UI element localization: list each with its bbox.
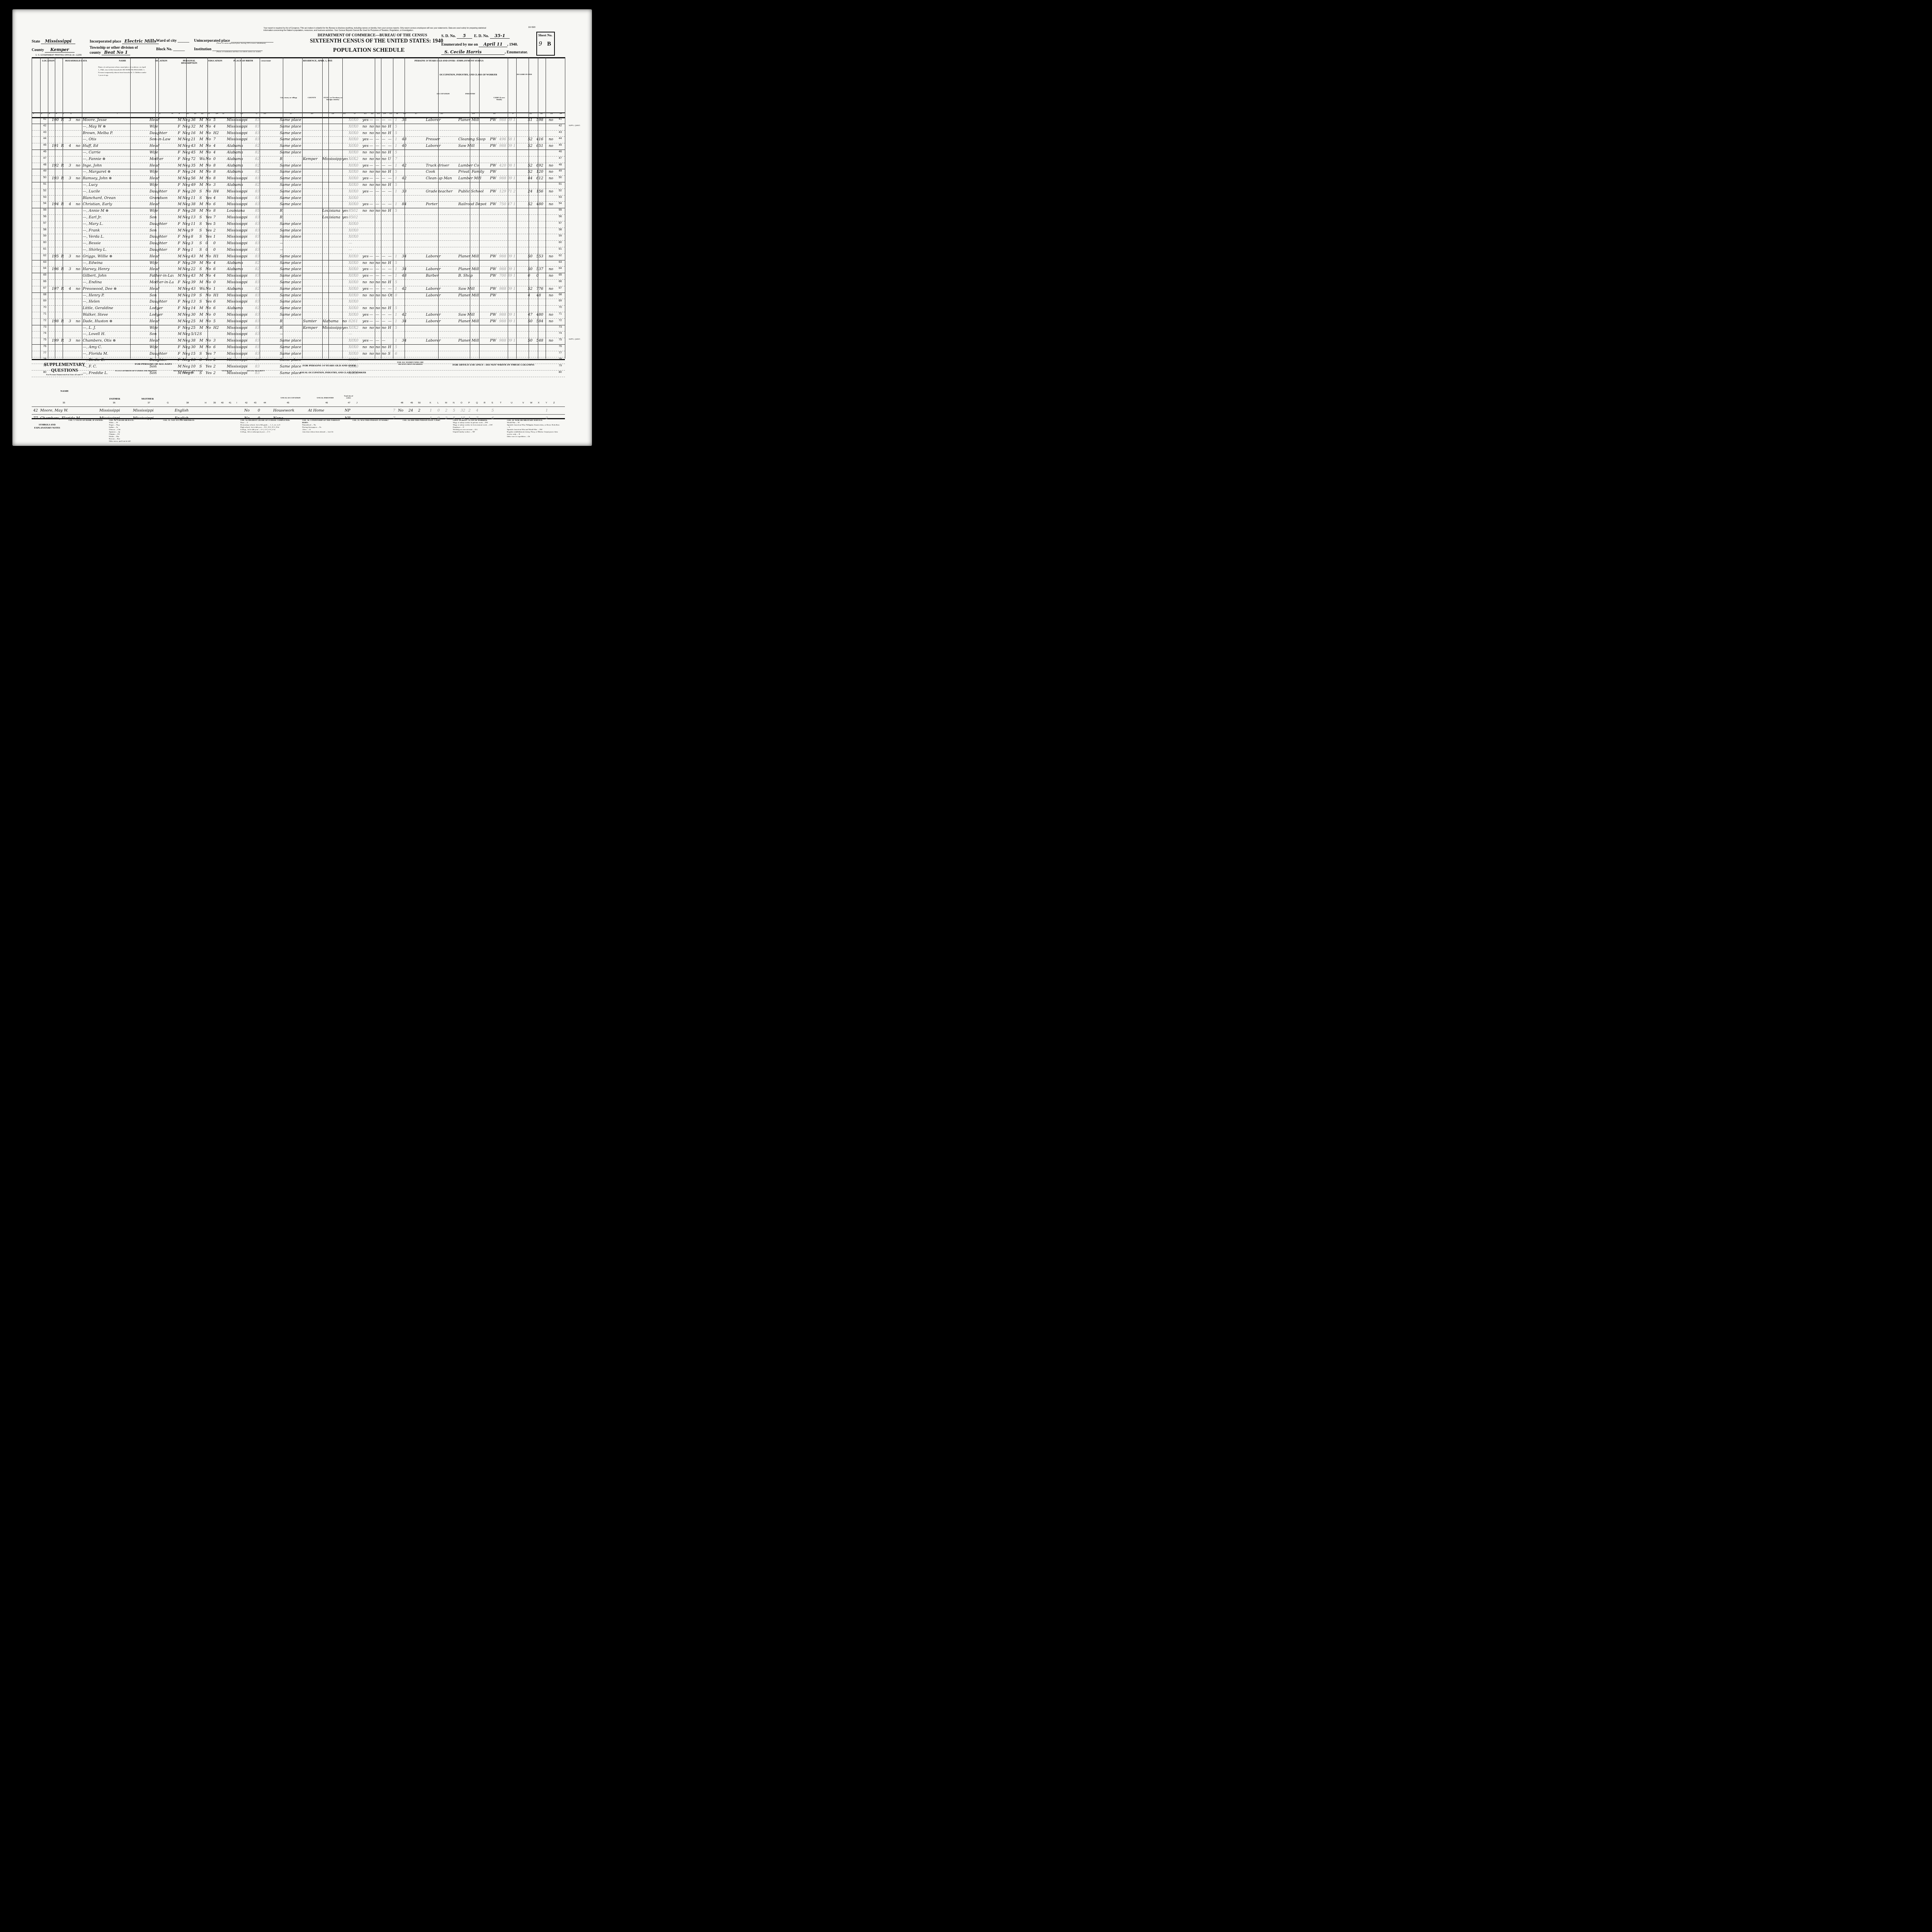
sex: F	[178, 235, 182, 239]
column-number: F	[512, 112, 514, 115]
supp-column-number: K	[430, 402, 431, 404]
column-number: 24	[383, 112, 386, 115]
column-number: 15	[240, 112, 243, 115]
grade-completed: 7	[213, 215, 221, 219]
grid-line	[546, 57, 546, 359]
line-number: 67	[43, 287, 46, 289]
age: 11	[191, 196, 199, 200]
hours-worked: 34	[402, 267, 410, 271]
other-income: no	[549, 189, 556, 194]
relation: Head	[150, 338, 173, 343]
other-income: no	[549, 137, 556, 141]
table-row: 6666—, EndinaMother-in-LawFNeg39MNo0Miss…	[32, 280, 565, 286]
group-relation: RELATION	[150, 60, 173, 62]
line-number: 47	[43, 157, 46, 160]
supp-column-number: R	[484, 402, 485, 404]
residence-place: Same place	[280, 345, 303, 349]
race: Neg	[182, 144, 191, 148]
line-number-right: 73	[559, 326, 562, 328]
supp-office-code: 2	[445, 408, 447, 413]
line-number: 76	[43, 345, 46, 348]
at-work: yes	[362, 144, 369, 148]
col19-header: STATE or Territory or foreign country	[322, 97, 344, 101]
at-work: no	[362, 209, 369, 213]
table-row: 4747—, Fannie ⊗MotherFNeg72WdNo0Alabama8…	[32, 156, 565, 163]
marital-status: Wd	[199, 157, 205, 161]
birthplace: Alabama	[227, 150, 254, 155]
table-row: 6565Gilbert, JohnFather-in-LawMNeg43MNo4…	[32, 273, 565, 280]
farm-residence: no	[76, 144, 82, 148]
note-col41: COL. 41. WAR OR MILITARY SERVICE:World W…	[507, 420, 561, 438]
school-attendance: No	[206, 338, 213, 343]
grade-completed: 0	[213, 248, 221, 252]
grid-line	[241, 57, 241, 359]
home-value: 4	[69, 287, 74, 291]
school-attendance: No	[206, 261, 213, 265]
line-number-right: 63	[559, 261, 562, 264]
occupation-code: 750 47 1	[499, 202, 526, 206]
line-number-right: 55	[559, 209, 562, 211]
at-work: yes	[362, 319, 369, 323]
home-owned: R	[61, 144, 66, 148]
home-owned: R	[61, 163, 66, 168]
confidentiality-notice: Your report is required by Act of Congre…	[264, 27, 488, 32]
supp-mother-header: MOTHER	[132, 397, 163, 400]
relation: Daughter	[150, 352, 173, 356]
residence-place: R	[280, 209, 303, 213]
has-job: —	[382, 313, 388, 317]
marital-status: S	[199, 196, 205, 200]
relation: Son-in-Law	[150, 137, 173, 141]
has-job: no	[382, 209, 388, 213]
supp-column-number: 38	[186, 402, 189, 404]
has-job: no	[382, 131, 388, 135]
relation: Wife	[150, 183, 173, 187]
other-income: no	[549, 267, 556, 271]
sex: M	[178, 274, 182, 278]
supp-column-number: 40	[221, 402, 224, 404]
line-number: 50	[43, 176, 46, 179]
grade-completed: 8	[213, 170, 221, 174]
person-name: Little, Geraldine	[83, 306, 148, 310]
line-number-right: 57	[559, 222, 562, 224]
supp-veterans: VETERANS	[213, 370, 240, 372]
supp-column-number: 43	[254, 402, 257, 404]
residence-code: X0X0	[349, 131, 361, 135]
birthplace: Mississippi	[227, 338, 254, 343]
weeks-worked: 52	[528, 137, 536, 141]
home-value: 3	[69, 254, 74, 259]
has-job: —	[382, 118, 388, 122]
school-attendance: No	[206, 137, 213, 141]
column-number: 6	[70, 112, 71, 115]
township-field: Township or other division of county Bea…	[90, 46, 144, 55]
sex: F	[178, 241, 182, 245]
birthplace: Mississippi	[227, 299, 254, 304]
race: Neg	[182, 293, 191, 298]
other-income: no	[549, 144, 556, 148]
birthplace: Mississippi	[227, 254, 254, 259]
residence-place: Same place	[280, 202, 303, 206]
schedule-title: POPULATION SCHEDULE	[333, 47, 405, 54]
marital-status: S	[199, 215, 205, 219]
has-job: —	[382, 267, 388, 271]
sex: F	[178, 222, 182, 226]
home-value: 4	[69, 144, 74, 148]
grid-line	[48, 57, 48, 359]
residence-code: 8261	[349, 319, 361, 323]
birthplace: Mississippi	[227, 222, 254, 226]
column-number: 19	[332, 112, 334, 115]
at-work: no	[362, 157, 369, 161]
birthplace: Mississippi	[227, 241, 254, 245]
age: 19	[191, 293, 199, 298]
sheet-number-box: Sheet No. 9 B	[536, 32, 555, 56]
supp-column-number: T	[500, 402, 502, 404]
grade-completed: 6	[213, 202, 221, 206]
column-number: 33	[550, 112, 553, 115]
residence-place: Same place	[280, 131, 303, 135]
relation: Head	[150, 144, 173, 148]
residence-code: X0X0	[349, 345, 361, 349]
occupation: Presser	[426, 137, 457, 141]
table-row: 5555—, Annie M ⊗WifeFNeg28MNo8Louisiana8…	[32, 208, 565, 215]
occupation-code: 496 58 1	[499, 137, 526, 141]
residence-code: —	[349, 248, 361, 252]
residence-code: X0X0	[349, 338, 361, 343]
birthplace: Mississippi	[227, 215, 254, 219]
school-attendance: No	[206, 202, 213, 206]
birthplace: Mississippi	[227, 235, 254, 239]
person-name: —, Carrie	[83, 150, 148, 155]
race: Neg	[182, 131, 191, 135]
at-work: no	[362, 170, 369, 174]
school-attendance: No	[206, 293, 213, 298]
birthplace: Mississippi	[227, 189, 254, 194]
race: Neg	[182, 313, 191, 317]
grade-completed: 8	[213, 209, 221, 213]
race: Neg	[182, 170, 191, 174]
class-of-worker: PW	[490, 176, 498, 180]
colF-header: CODE (Leave blank)	[492, 97, 507, 101]
birthplace: Mississippi	[227, 124, 254, 129]
birthplace: Mississippi	[227, 118, 254, 122]
grid-line	[55, 57, 55, 359]
column-number: 27	[415, 112, 418, 115]
grade-completed: 7	[213, 352, 221, 356]
column-number: A	[172, 112, 173, 115]
code-e: 1	[395, 313, 399, 317]
supp-over14: FOR PERSONS 14 YEARS OLD AND OVER	[271, 364, 387, 367]
birthplace: Mississippi	[227, 332, 254, 336]
weeks-worked: 52	[528, 202, 536, 206]
table-row: 5454194R4noChristian, EarlyHeadMNeg38MNo…	[32, 202, 565, 208]
has-job: —	[382, 189, 388, 194]
residence-code: X0X0	[349, 163, 361, 168]
has-job: —	[382, 163, 388, 168]
dwelling-number: 197	[52, 287, 60, 291]
age: 21	[191, 137, 199, 141]
relation: Wife	[150, 326, 173, 330]
residence-state: Mississippi	[322, 326, 342, 330]
class-of-worker: PW	[490, 338, 498, 343]
marital-status: M	[199, 131, 205, 135]
grid-line	[322, 57, 323, 359]
line-number-right: 43	[559, 131, 562, 134]
table-row: 7676—, Amy C.WifeFNeg30MNo6Mississippi83…	[32, 345, 565, 351]
supp-usual-industry: At Home	[308, 408, 343, 413]
residence-place: Same place	[280, 170, 303, 174]
industry: Saw Mill	[458, 287, 489, 291]
code-e: 5	[395, 345, 399, 349]
age: 14	[191, 306, 199, 310]
relation: Daughter	[150, 189, 173, 194]
column-number: 21	[364, 112, 367, 115]
class-of-worker: PW	[490, 118, 498, 122]
relation: Daughter	[150, 131, 173, 135]
occupation: Laborer	[426, 118, 457, 122]
home-owned: R	[61, 338, 66, 343]
weeks-worked: 50	[528, 254, 536, 259]
sex: F	[178, 345, 182, 349]
at-work: yes	[362, 274, 369, 278]
column-number: 14	[216, 112, 218, 115]
age: 20	[191, 189, 199, 194]
note-col16: COL. 16. CITIZENSHIP OF THE FOREIGN BORN…	[302, 420, 345, 434]
group-citizenship: CITIZENSHIP	[260, 60, 271, 62]
has-job: no	[382, 293, 388, 298]
table-row: 5656—, Earl Jr.SonMNeg13SYes7Mississippi…	[32, 215, 565, 221]
person-name: —, Shirley L.	[83, 248, 148, 252]
code-e: 5	[395, 209, 399, 213]
industry: Saw Mill	[458, 144, 489, 148]
age: 39	[191, 280, 199, 284]
supp-code: 7	[393, 408, 397, 413]
grade-completed: 4	[213, 261, 221, 265]
explanatory-notes: SYMBOLS AND EXPLANATORY NOTES COL. 5. VA…	[32, 419, 565, 444]
grid-line	[82, 57, 82, 359]
relation: Mother	[150, 157, 173, 161]
supp-column-number: 47	[348, 402, 350, 404]
grid-line	[393, 57, 393, 359]
line-number-right: 65	[559, 274, 562, 276]
occupation: Laborer	[426, 313, 457, 317]
supp-children-born: 2	[418, 408, 426, 413]
person-name: Inge, John	[83, 163, 148, 168]
other-income: no	[549, 176, 556, 180]
form-number: 16-520	[528, 26, 536, 29]
person-name: —, Helen	[83, 299, 148, 304]
relation: Head	[150, 176, 173, 180]
sex: F	[178, 326, 182, 330]
race: Neg	[182, 124, 191, 129]
hours-worked: 34	[402, 254, 410, 259]
code-e: 5	[395, 150, 399, 155]
dwelling-number: 195	[52, 254, 60, 259]
sex: M	[178, 196, 182, 200]
race: Neg	[182, 254, 191, 259]
relation: Head	[150, 287, 173, 291]
school-attendance: No	[206, 144, 213, 148]
line-number: 54	[43, 202, 46, 205]
person-name: —, L. J.	[83, 326, 148, 330]
industry: Public School	[458, 189, 489, 194]
relation: Wife	[150, 345, 173, 349]
supp-column-number: Q	[476, 402, 478, 404]
sex: F	[178, 306, 182, 310]
code-e: 5	[395, 183, 399, 187]
occupation: Truck driver	[426, 163, 457, 168]
column-number: 9	[179, 112, 180, 115]
line-number-right: 54	[559, 202, 562, 205]
industry: Planer Mill	[458, 319, 489, 323]
hours-worked: 34	[402, 319, 410, 323]
marital-status: M	[199, 326, 205, 330]
class-of-worker: PW	[490, 274, 498, 278]
line-number: 41	[43, 118, 46, 121]
table-row: 6464196R3noHarvey, HenryHeadMNeg22SNo6Al…	[32, 267, 565, 273]
has-job: —	[382, 202, 388, 206]
industry: Planer Mill	[458, 338, 489, 343]
residence-place: Same place	[280, 124, 303, 129]
occupation: Laborer	[426, 267, 457, 271]
sd-field: S. D. No. 5 E. D. No. 35-1	[441, 33, 510, 38]
birthplace: Mississippi	[227, 326, 254, 330]
marital-status: M	[199, 183, 205, 187]
race: Neg	[182, 183, 191, 187]
sex: F	[178, 299, 182, 304]
home-owned: R	[61, 202, 66, 206]
at-work: no	[362, 183, 369, 187]
column-number: 25	[389, 112, 392, 115]
county-value: Kemper	[45, 47, 74, 53]
supp-line-number: 42	[33, 408, 41, 413]
group-residence: RESIDENCE, APRIL 1, 1935	[279, 60, 356, 62]
age: 28	[191, 209, 199, 213]
township-value: Beat No 1	[102, 50, 130, 55]
supp-ss-deductions: 0	[258, 408, 265, 413]
age: 13	[191, 215, 199, 219]
column-number: 18	[311, 112, 313, 115]
occupation-code: 988 09 1	[499, 287, 526, 291]
column-number: 22	[371, 112, 374, 115]
table-row: 6161—, Shirley L.DaughterFNeg1S00Mississ…	[32, 247, 565, 254]
supp-social-security: No	[244, 408, 252, 413]
hours-worked: 48	[402, 274, 410, 278]
column-number: 2	[41, 112, 42, 115]
column-number: 29	[472, 112, 475, 115]
group-income: INCOME IN 1939	[515, 74, 534, 76]
supp-column-number: I	[236, 402, 237, 404]
line-number-right: 75	[559, 338, 562, 341]
group-employment: PERSONS 14 YEARS OLD AND OVER—EMPLOYMENT…	[368, 60, 530, 62]
marital-status: S	[199, 299, 205, 304]
residence-farm: yes	[342, 326, 348, 330]
code-e: 6	[395, 352, 399, 356]
line-number: 71	[43, 313, 46, 315]
grid-line	[207, 57, 208, 359]
supp-office-code: 4	[476, 408, 478, 413]
column-number: 17	[290, 112, 293, 115]
school-attendance: No	[206, 326, 213, 330]
grade-completed: 0	[213, 313, 221, 317]
sex: M	[178, 202, 182, 206]
column-number: 12	[201, 112, 204, 115]
residence-code: X0X0	[349, 118, 361, 122]
relation: Daughter	[150, 299, 173, 304]
has-job: no	[382, 261, 388, 265]
supp-office-code: 5	[492, 408, 494, 413]
has-job: —	[382, 176, 388, 180]
table-row: 7777—, Florida M.DaughterFNeg15SYes7Miss…	[32, 351, 565, 358]
age: 3	[191, 241, 199, 245]
relation: Daughter	[150, 235, 173, 239]
grid-line	[260, 57, 260, 359]
line-number-right: 70	[559, 306, 562, 309]
line-number-right: 49	[559, 170, 562, 172]
line-number-right: 53	[559, 196, 562, 199]
school-attendance: No	[206, 157, 213, 161]
line-number: 60	[43, 241, 46, 244]
residence-place: Same place	[280, 189, 303, 194]
residence-code: X0X0	[349, 274, 361, 278]
grade-completed: 0	[213, 280, 221, 284]
relation: Son	[150, 228, 173, 233]
table-row: 6969—, HelenDaughterFNeg13SYes6Mississip…	[32, 299, 565, 306]
supp-column-number: 35	[63, 402, 65, 404]
school-attendance: 0	[206, 248, 213, 252]
grid-line	[381, 57, 381, 359]
school-attendance: No	[206, 313, 213, 317]
birthplace: Alabama	[227, 163, 254, 168]
table-row: 4646—, CarrieWifeFNeg45MNo4Alabama82Same…	[32, 150, 565, 156]
occupation-code: 129 71 2	[499, 189, 526, 194]
supp-column-number: 39	[213, 402, 216, 404]
grade-completed: H2	[213, 326, 221, 330]
grid-line	[130, 57, 131, 359]
grid-line	[63, 57, 63, 359]
line-number-right: 60	[559, 241, 562, 244]
line-number-right: 76	[559, 345, 562, 348]
weeks-worked: 52	[528, 163, 536, 168]
sheet-header: Your report is required by Act of Congre…	[12, 9, 592, 60]
weeks-worked: 4	[528, 293, 536, 298]
residence-place: —	[280, 248, 303, 252]
person-name: —, Amy C.	[83, 345, 148, 349]
other-income: no	[549, 319, 556, 323]
relation: Daughter	[150, 222, 173, 226]
residence-place: Same place	[280, 352, 303, 356]
grade-completed: 2	[213, 228, 221, 233]
age: 45	[191, 150, 199, 155]
sex: F	[178, 248, 182, 252]
birthplace: Mississippi	[227, 176, 254, 180]
person-name: Gilbert, John	[83, 274, 148, 278]
has-job: no	[382, 124, 388, 129]
birthplace: Mississippi	[227, 131, 254, 135]
at-work: no	[362, 293, 369, 298]
supp-subtitle: For Persons Enumerated on Lines 42 and 7…	[36, 374, 94, 376]
hours-worked: 42	[402, 163, 410, 168]
industry: Lumber Co	[458, 163, 489, 168]
column-number: 1	[33, 112, 34, 115]
relation: Daughter	[150, 241, 173, 245]
line-number-right: 44	[559, 137, 562, 140]
grade-completed: 6	[213, 306, 221, 310]
marital-status: M	[199, 209, 205, 213]
relation: Mother-in-Law	[150, 280, 173, 284]
line-number: 45	[43, 144, 46, 146]
